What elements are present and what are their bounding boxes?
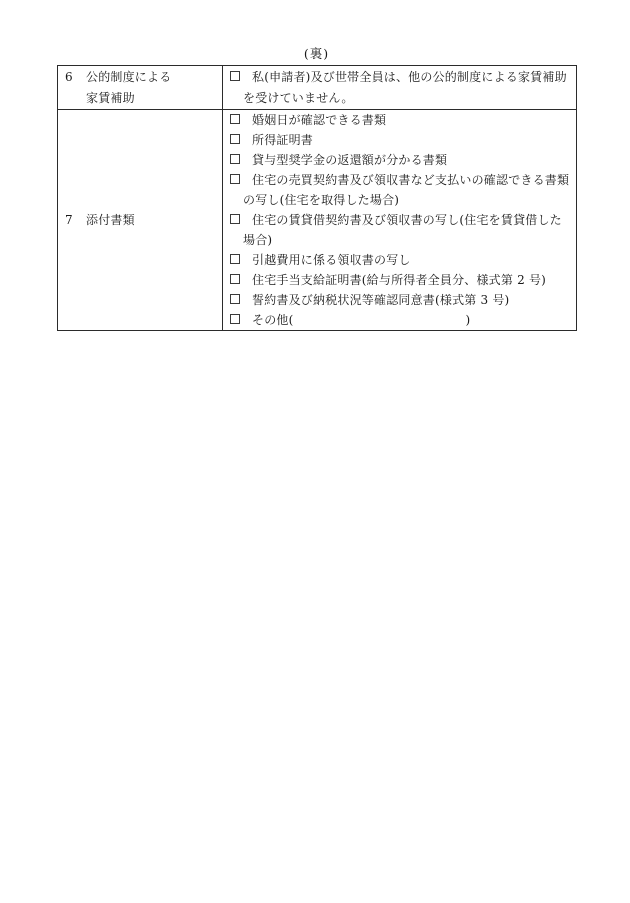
- row-7-title: 添付書類: [86, 213, 135, 227]
- checkbox-icon: [230, 134, 240, 144]
- checkbox-icon: [230, 114, 240, 124]
- table-row-7: 7添付書類 婚姻日が確認できる書類 所得証明書 貸与型奨学金の返還額が分かる書類…: [58, 110, 577, 331]
- row-7-content-cell: 婚姻日が確認できる書類 所得証明書 貸与型奨学金の返還額が分かる書類 住宅の売買…: [223, 110, 577, 331]
- checkbox-item-label: その他(: [252, 313, 293, 327]
- checkbox-item-label: 貸与型奨学金の返還額が分かる書類: [252, 153, 447, 167]
- checkbox-item: 貸与型奨学金の返還額が分かる書類: [223, 150, 571, 170]
- checkbox-item-other: その他(): [223, 310, 571, 330]
- checkbox-icon: [230, 214, 240, 224]
- checkbox-item: 引越費用に係る領収書の写し: [223, 250, 571, 270]
- row-6-content-cell: 私(申請者)及び世帯全員は、他の公的制度による家賃補助を受けていません。: [223, 66, 577, 110]
- row-6-label-cell: 6公的制度による 家賃補助: [58, 66, 223, 110]
- table-row-6: 6公的制度による 家賃補助 私(申請者)及び世帯全員は、他の公的制度による家賃補…: [58, 66, 577, 110]
- document-page: (裏) 6公的制度による 家賃補助 私(申請者)及び世帯全員は、他の公的制度によ…: [0, 0, 630, 903]
- row-7-title-line1: 7添付書類: [65, 210, 220, 231]
- checkbox-item: 誓約書及び納税状況等確認同意書(様式第 3 号): [223, 290, 571, 310]
- checkbox-item-label: 住宅手当支給証明書(給与所得者全員分、様式第 2 号): [252, 273, 546, 287]
- row-6-title: 公的制度による: [86, 70, 171, 84]
- checkbox-item: 婚姻日が確認できる書類: [223, 110, 571, 130]
- checkbox-icon: [230, 314, 240, 324]
- checkbox-icon: [230, 174, 240, 184]
- checkbox-icon: [230, 154, 240, 164]
- row-6-title-line2: 家賃補助: [65, 88, 220, 109]
- checkbox-item-label: 住宅の売買契約書及び領収書など支払いの確認できる書類の写し(住宅を取得した場合): [243, 173, 569, 207]
- checkbox-item: 住宅の売買契約書及び領収書など支払いの確認できる書類の写し(住宅を取得した場合): [223, 170, 571, 210]
- checkbox-item: 所得証明書: [223, 130, 571, 150]
- checkbox-item-label-suffix: ): [465, 313, 470, 327]
- row-6-title-line1: 6公的制度による: [65, 67, 220, 88]
- checkbox-item-label: 誓約書及び納税状況等確認同意書(様式第 3 号): [252, 293, 509, 307]
- form-table: 6公的制度による 家賃補助 私(申請者)及び世帯全員は、他の公的制度による家賃補…: [57, 65, 577, 331]
- checkbox-icon: [230, 254, 240, 264]
- checkbox-item: 住宅の賃貸借契約書及び領収書の写し(住宅を賃貸借した場合): [223, 210, 571, 250]
- checkbox-item-label: 私(申請者)及び世帯全員は、他の公的制度による家賃補助を受けていません。: [243, 70, 567, 105]
- checkbox-icon: [230, 294, 240, 304]
- checkbox-item-label: 所得証明書: [252, 133, 313, 147]
- checkbox-icon: [230, 274, 240, 284]
- checkbox-item-label: 引越費用に係る領収書の写し: [252, 253, 411, 267]
- checkbox-item: 住宅手当支給証明書(給与所得者全員分、様式第 2 号): [223, 270, 571, 290]
- checkbox-item: 私(申請者)及び世帯全員は、他の公的制度による家賃補助を受けていません。: [223, 67, 571, 109]
- row-7-number: 7: [65, 210, 86, 231]
- page-side-label: (裏): [57, 44, 576, 62]
- row-7-label-cell: 7添付書類: [58, 110, 223, 331]
- checkbox-item-label: 婚姻日が確認できる書類: [252, 113, 386, 127]
- checkbox-item-label: 住宅の賃貸借契約書及び領収書の写し(住宅を賃貸借した場合): [243, 213, 562, 247]
- row-6-number: 6: [65, 67, 86, 88]
- checkbox-icon: [230, 71, 240, 81]
